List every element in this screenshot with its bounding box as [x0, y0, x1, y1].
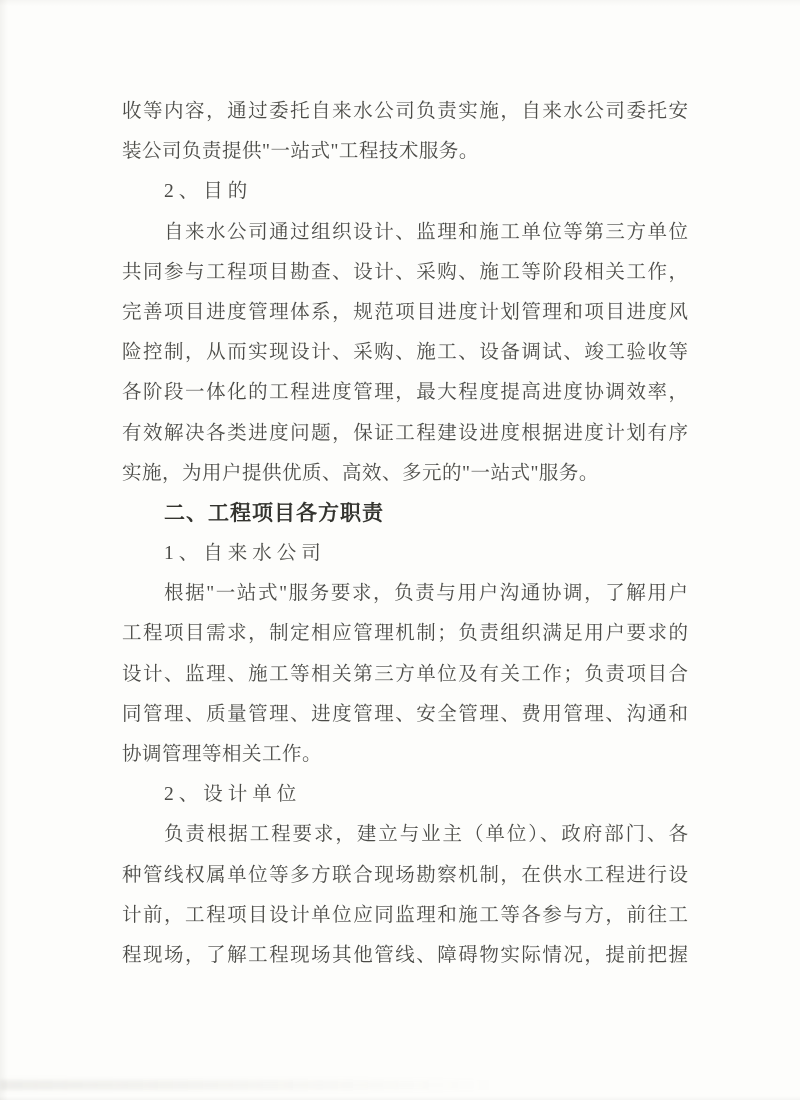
body-line: 工程项目需求，制定相应管理机制；负责组织满足用户要求的	[122, 614, 688, 654]
numbered-heading: 2、设计单位	[122, 775, 688, 815]
scan-edge-artifact	[0, 1096, 800, 1100]
body-line: 协调管理等相关工作。	[122, 735, 688, 775]
body-line: 负责根据工程要求，建立与业主（单位）、政府部门、各	[122, 815, 688, 855]
body-line: 有效解决各类进度问题，保证工程建设进度根据进度计划有序	[122, 414, 688, 454]
scanned-page: 收等内容，通过委托自来水公司负责实施，自来水公司委托安装公司负责提供"一站式"工…	[0, 0, 800, 1100]
scanned-document-screenshot: { "colors": { "paper": "#fdfdfb", "ink":…	[0, 0, 800, 1100]
numbered-heading: 2、目的	[122, 172, 688, 212]
body-line: 自来水公司通过组织设计、监理和施工单位等第三方单位	[122, 213, 688, 253]
body-line: 设计、监理、施工等相关第三方单位及有关工作；负责项目合	[122, 655, 688, 695]
body-line: 根据"一站式"服务要求，负责与用户沟通协调，了解用户	[122, 574, 688, 614]
document-body: 收等内容，通过委托自来水公司负责实施，自来水公司委托安装公司负责提供"一站式"工…	[122, 92, 688, 976]
body-line: 完善项目进度管理体系，规范项目进度计划管理和项目进度风	[122, 293, 688, 333]
body-line: 收等内容，通过委托自来水公司负责实施，自来水公司委托安	[122, 92, 688, 132]
body-line: 计前，工程项目设计单位应同监理和施工等各参与方，前往工	[122, 896, 688, 936]
body-line: 同管理、质量管理、进度管理、安全管理、费用管理、沟通和	[122, 695, 688, 735]
body-line: 程现场，了解工程现场其他管线、障碍物实际情况，提前把握	[122, 936, 688, 976]
body-line: 险控制，从而实现设计、采购、施工、设备调试、竣工验收等	[122, 333, 688, 373]
scan-smudge-artifact	[0, 1080, 496, 1090]
body-line: 共同参与工程项目勘查、设计、采购、施工等阶段相关工作，	[122, 253, 688, 293]
numbered-heading: 1、自来水公司	[122, 534, 688, 574]
body-line: 装公司负责提供"一站式"工程技术服务。	[122, 132, 688, 172]
chapter-heading: 二、工程项目各方职责	[122, 494, 688, 534]
body-line: 各阶段一体化的工程进度管理，最大程度提高进度协调效率，	[122, 373, 688, 413]
body-line: 种管线权属单位等多方联合现场勘察机制，在供水工程进行设	[122, 856, 688, 896]
body-line: 实施，为用户提供优质、高效、多元的"一站式"服务。	[122, 454, 688, 494]
